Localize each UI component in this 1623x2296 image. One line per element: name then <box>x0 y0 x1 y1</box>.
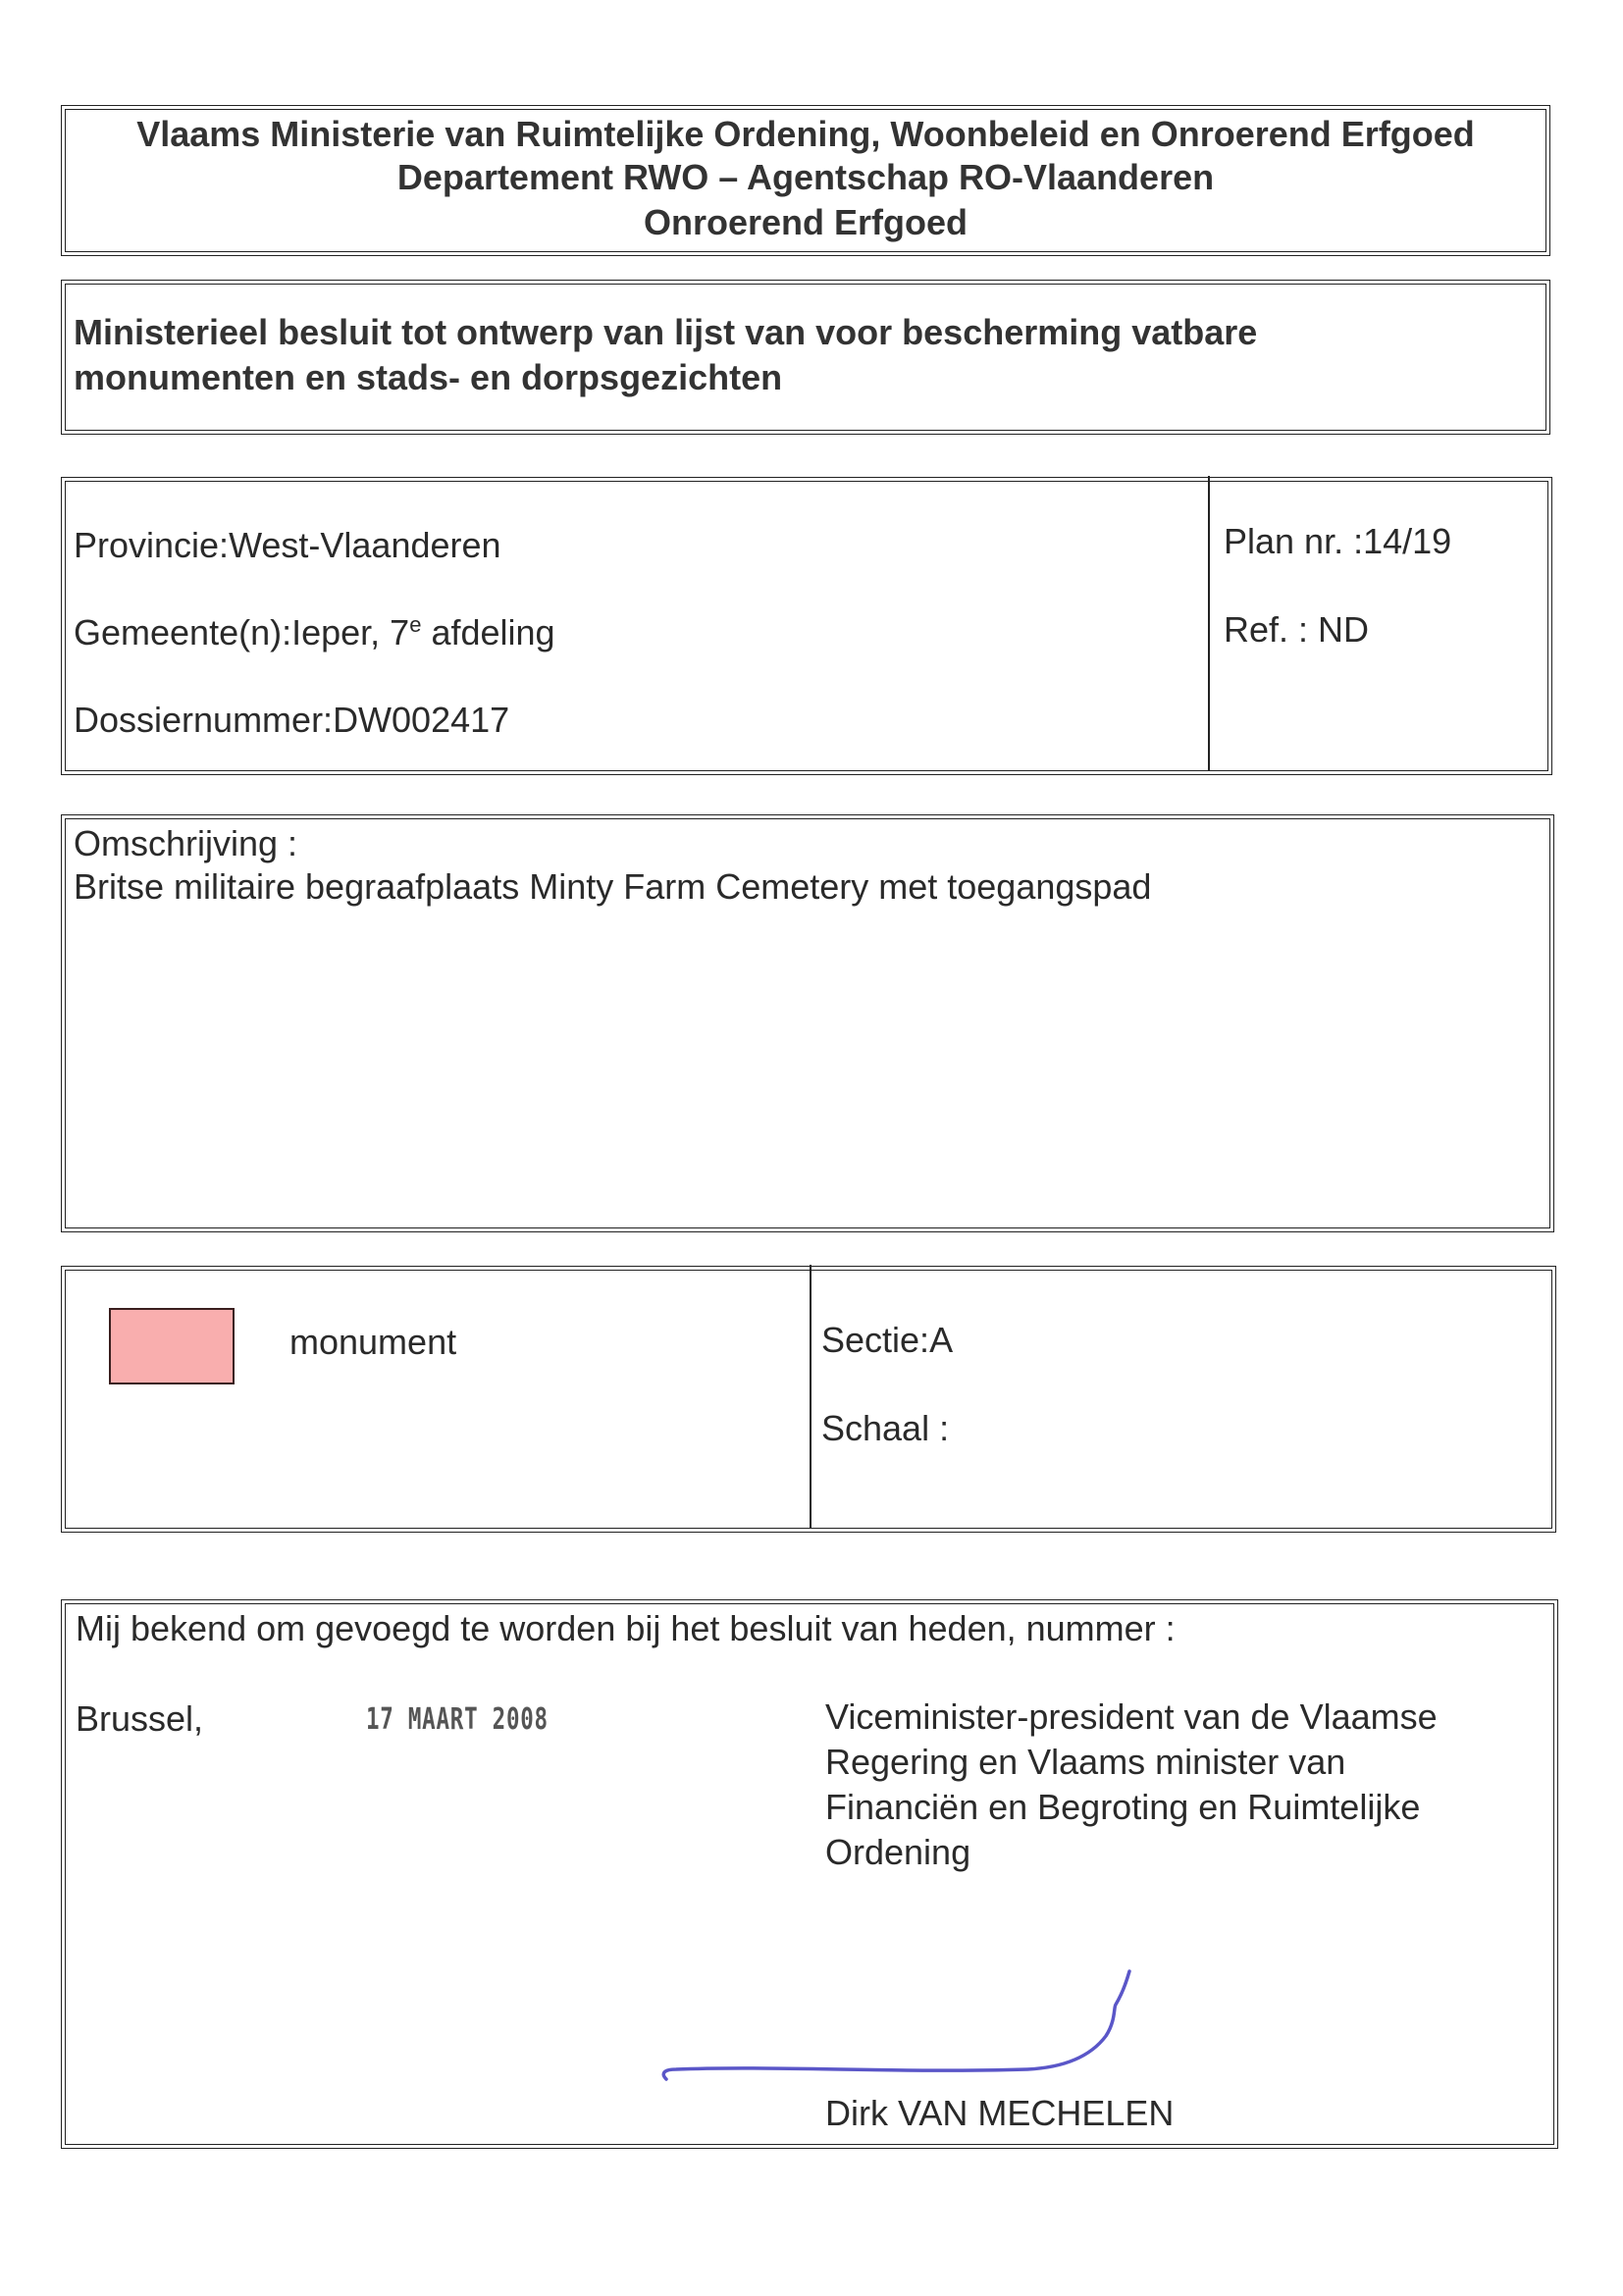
ministry-name: Vlaams Ministerie van Ruimtelijke Ordeni… <box>66 114 1545 155</box>
signature-box: Mij bekend om gevoegd te worden bij het … <box>65 1603 1554 2145</box>
handwritten-signature <box>654 1967 1204 2105</box>
signatory-title-line2: Regering en Vlaams minister van <box>825 1742 1345 1783</box>
ref-value: ND <box>1318 609 1369 650</box>
signature-intro: Mij bekend om gevoegd te worden bij het … <box>76 1608 1176 1649</box>
monument-color-swatch <box>109 1308 235 1384</box>
header-box: Vlaams Ministerie van Ruimtelijke Ordeni… <box>65 109 1546 252</box>
plan-number-field: Plan nr. :14/19 <box>1224 521 1451 562</box>
provincie-field: Provincie:West-Vlaanderen <box>74 525 501 566</box>
provincie-value: West-Vlaanderen <box>229 525 501 565</box>
date-stamp: 17 MAART 2008 <box>366 1702 549 1737</box>
description-text: Britse militaire begraafplaats Minty Far… <box>74 866 1151 908</box>
signatory-title-line1: Viceminister-president van de Vlaamse <box>825 1696 1438 1738</box>
gemeente-superscript: e <box>409 612 421 637</box>
sectie-field: Sectie:A <box>821 1320 953 1361</box>
dossier-label: Dossiernummer: <box>74 700 333 740</box>
ref-label: Ref. : <box>1224 609 1318 650</box>
description-label: Omschrijving : <box>74 823 297 864</box>
plan-value: 14/19 <box>1363 521 1451 561</box>
dossier-field: Dossiernummer:DW002417 <box>74 700 509 741</box>
schaal-label: Schaal : <box>821 1408 949 1448</box>
legend-box: monument Sectie:A Schaal : <box>65 1270 1552 1529</box>
department-name: Departement RWO – Agentschap RO-Vlaander… <box>66 157 1545 198</box>
signature-place: Brussel, <box>76 1698 203 1740</box>
signatory-name: Dirk VAN MECHELEN <box>825 2093 1174 2134</box>
description-box: Omschrijving : Britse militaire begraafp… <box>65 818 1550 1228</box>
signatory-title-line3: Financiën en Begroting en Ruimtelijke <box>825 1787 1420 1828</box>
gemeente-label: Gemeente(n): <box>74 612 291 652</box>
location-info-box: Provincie:West-Vlaanderen Gemeente(n):Ie… <box>65 481 1548 771</box>
gemeente-value: Ieper, 7 <box>291 612 409 652</box>
decree-title-line1: Ministerieel besluit tot ontwerp van lij… <box>74 312 1257 353</box>
sectie-label: Sectie: <box>821 1320 929 1360</box>
reference-field: Ref. : ND <box>1224 609 1369 651</box>
legend-item-label: monument <box>289 1322 456 1363</box>
info-divider <box>1208 476 1210 770</box>
dossier-value: DW002417 <box>333 700 509 740</box>
decree-title-line2: monumenten en stads- en dorpsgezichten <box>74 357 782 398</box>
gemeente-field: Gemeente(n):Ieper, 7e afdeling <box>74 612 555 653</box>
signatory-title-line4: Ordening <box>825 1832 970 1873</box>
provincie-label: Provincie: <box>74 525 229 565</box>
schaal-field: Schaal : <box>821 1408 949 1449</box>
plan-label: Plan nr. : <box>1224 521 1363 561</box>
agency-name: Onroerend Erfgoed <box>66 202 1545 243</box>
decree-title-box: Ministerieel besluit tot ontwerp van lij… <box>65 284 1546 431</box>
gemeente-suffix: afdeling <box>421 612 554 652</box>
legend-divider <box>810 1265 811 1528</box>
sectie-value: A <box>929 1320 953 1360</box>
